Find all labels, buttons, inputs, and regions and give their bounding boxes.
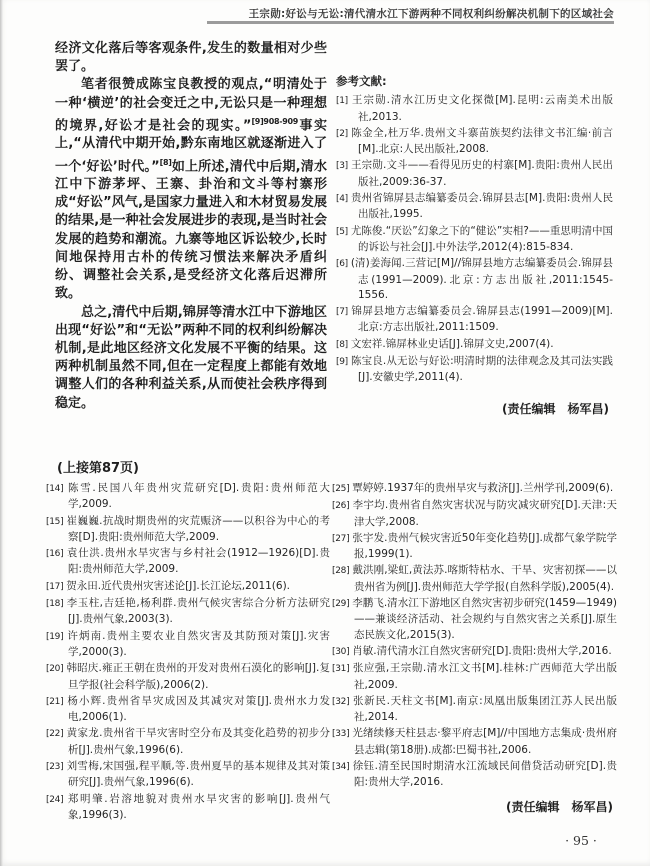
- reference-text: 文宏祥.锦屏林业史话[J].锦屏文史,2007(4).: [351, 338, 554, 350]
- continuation-left-column: [14]陈雪.民国八年贵州灾荒研究[D].贵阳:贵州师范大学,2009. [15…: [46, 481, 330, 824]
- reference-text: 张应强,王宗勋.清水江文书[M].桂林:广西师范大学出版社,2009.: [352, 662, 617, 690]
- paragraph-text: 经济文化落后等客观条件,发生的数量相对少些罢了。: [55, 41, 327, 74]
- reference-item: [15]崔巍巍.抗战时期贵州的灾荒赈济——以积谷为中心的考察[D].贵阳:贵州师…: [46, 514, 330, 546]
- reference-item: [25]覃婷婷.1937年的贵州旱灾与救济[J].兰州学刊,2009(6).: [332, 481, 617, 497]
- reference-item: [16]袁仕洪.贵州水旱灾害与乡村社会(1912—1926)[D].贵阳:贵州师…: [46, 546, 330, 578]
- reference-text: 崔巍巍.抗战时期贵州的灾荒赈济——以积谷为中心的考察[D].贵阳:贵州师范大学,…: [66, 515, 330, 543]
- reference-text: 肖敏.清代清水江自然灾害研究[D].贵阳:贵州大学,2016.: [352, 645, 611, 657]
- reference-number: [8]: [336, 340, 351, 350]
- reference-number: [27]: [332, 534, 352, 544]
- reference-text: 袁仕洪.贵州水旱灾害与乡村社会(1912—1926)[D].贵阳:贵州师范大学,…: [66, 547, 330, 575]
- reference-list-bottom-left: [14]陈雪.民国八年贵州灾荒研究[D].贵阳:贵州师范大学,2009. [15…: [46, 481, 330, 823]
- reference-item: [2]陈金全,杜万华.贵州文斗寨苗族契约法律文书汇编·前言[M].北京:人民出版…: [336, 126, 613, 158]
- reference-item: [4]贵州省锦屏县志编纂委员会.锦屏县志[M].贵阳:贵州人民出版社,1995.: [336, 191, 613, 223]
- reference-text: 尤陈俊.“厌讼”幻象之下的“健讼”实相?——重思明清中国的诉讼与社会[J].中外…: [351, 225, 613, 253]
- continuation-right-column: [25]覃婷婷.1937年的贵州旱灾与救济[J].兰州学刊,2009(6). […: [332, 481, 617, 815]
- reference-text: 李宇均.贵州省自然灾害状况与防灾减灾研究[D].天津:天津大学,2008.: [352, 499, 617, 527]
- reference-number: [30]: [332, 647, 352, 657]
- reference-number: [33]: [332, 729, 352, 739]
- reference-item: [33]光绪续修天柱县志·黎平府志[M]//中国地方志集成·贵州府县志辑(第18…: [332, 726, 617, 758]
- paragraph-text: 如上所述,清代中后期,清水江中下游茅坪、王寨、卦治和文斗等村寨形成“好讼”风气,…: [55, 159, 327, 301]
- reference-number: [24]: [46, 795, 66, 805]
- reference-number: [23]: [46, 762, 66, 772]
- reference-item: [20]韩昭庆.雍正王朝在贵州的开发对贵州石漠化的影响[J].复旦学报(社会科学…: [46, 661, 330, 693]
- reference-number: [22]: [46, 729, 66, 739]
- reference-number: [26]: [332, 501, 352, 511]
- reference-item: [22]黄家龙.贵州省干旱灾害时空分布及其变化趋势的初步分析[J].贵州气象,1…: [46, 726, 330, 758]
- citation-superscript: [9]908-909: [251, 117, 298, 126]
- reference-item: [5]尤陈俊.“厌讼”幻象之下的“健讼”实相?——重思明清中国的诉讼与社会[J]…: [336, 224, 613, 256]
- reference-item: [30]肖敏.清代清水江自然灾害研究[D].贵阳:贵州大学,2016.: [332, 644, 617, 660]
- reference-number: [18]: [46, 599, 66, 609]
- reference-item: [1]王宗勋.清水江历史文化探微[M].昆明:云南美术出版社,2013.: [336, 93, 613, 125]
- reference-number: [31]: [332, 664, 352, 674]
- reference-number: [1]: [336, 96, 351, 106]
- reference-text: 杨小辉.贵州省旱灾成因及其减灾对策[J].贵州水力发电,2006(1).: [66, 695, 330, 723]
- citation-superscript: [8]: [160, 158, 172, 167]
- reference-text: 刘雪梅,宋国强,程平顺,等.贵州夏旱的基本规律及其对策研究[J].贵州气象,19…: [66, 760, 330, 788]
- reference-number: [34]: [332, 762, 352, 772]
- article-body-column: 经济文化落后等客观条件,发生的数量相对少些罢了。 笔者很赞成陈宝良教授的观点,“…: [55, 40, 327, 413]
- reference-item: [34]徐钰.清至民国时期清水江流域民间借贷活动研究[D].贵阳:贵州大学,20…: [332, 759, 617, 791]
- reference-item: [26]李宇均.贵州省自然灾害状况与防灾减灾研究[D].天津:天津大学,2008…: [332, 498, 617, 530]
- reference-item: [24]郑明肇.岩溶地貌对贵州水旱灾害的影响[J].贵州气象,1996(3).: [46, 792, 330, 824]
- reference-number: [21]: [46, 697, 66, 707]
- reference-text: 许炳南.贵州主要农业自然灾害及其防预对策[J].灾害学,2000(3).: [66, 630, 330, 658]
- reference-text: 李鹏飞.清水江下游地区自然灾害初步研究(1459—1949)——兼谈经济活动、社…: [352, 597, 617, 641]
- reference-text: 覃婷婷.1937年的贵州旱灾与救济[J].兰州学刊,2009(6).: [352, 482, 613, 494]
- reference-number: [25]: [332, 484, 352, 494]
- reference-item: [29]李鹏飞.清水江下游地区自然灾害初步研究(1459—1949)——兼谈经济…: [332, 596, 617, 643]
- reference-number: [14]: [46, 484, 66, 494]
- reference-item: [18]李玉柱,吉廷艳,杨利群.贵州气候灾害综合分析方法研究[J].贵州气象,2…: [46, 596, 330, 628]
- reference-number: [29]: [332, 599, 352, 609]
- reference-text: (清)姜海闻.三营记[M]//锦屏县地方志编纂委员会.锦屏县志(1991—200…: [351, 257, 613, 301]
- paragraph-continuation: 经济文化落后等客观条件,发生的数量相对少些罢了。: [55, 40, 327, 76]
- reference-item: [8]文宏祥.锦屏林业史话[J].锦屏文史,2007(4).: [336, 337, 613, 353]
- reference-number: [28]: [332, 566, 352, 576]
- reference-text: 张宇发.贵州气候灾害近50年变化趋势[J].成都气象学院学报,1999(1).: [352, 532, 617, 560]
- reference-number: [7]: [336, 307, 351, 317]
- reference-number: [32]: [332, 697, 352, 707]
- reference-text: 锦屏县地方志编纂委员会.锦屏县志(1991—2009)[M].北京:方志出版社,…: [351, 305, 613, 333]
- scan-edge-artifact: [0, 0, 3, 866]
- header-divider-rule: [207, 21, 614, 24]
- editor-note: (责任编辑 杨军昌): [332, 800, 617, 815]
- reference-text: 黄家龙.贵州省干旱灾害时空分布及其变化趋势的初步分析[J].贵州气象,1996(…: [66, 727, 330, 755]
- reference-number: [19]: [46, 632, 66, 642]
- editor-note: (责任编辑 杨军昌): [336, 402, 613, 417]
- page-number: · 95 ·: [536, 833, 626, 848]
- reference-text: 郑明肇.岩溶地貌对贵州水旱灾害的影响[J].贵州气象,1996(3).: [66, 793, 330, 821]
- reference-item: [19]许炳南.贵州主要农业自然灾害及其防预对策[J].灾害学,2000(3).: [46, 629, 330, 661]
- reference-item: [28]戴洪刚,梁虹,黄法苏.喀斯特枯水、干旱、灾害初探——以贵州省为例[J].…: [332, 563, 617, 595]
- reference-text: 王宗勋.清水江历史文化探微[M].昆明:云南美术出版社,2013.: [351, 94, 613, 122]
- reference-number: [9]: [336, 357, 351, 367]
- reference-item: [7]锦屏县地方志编纂委员会.锦屏县志(1991—2009)[M].北京:方志出…: [336, 304, 613, 336]
- reference-item: [17]贺永田.近代贵州灾害述论[J].长江论坛,2011(6).: [46, 579, 330, 595]
- reference-text: 贺永田.近代贵州灾害述论[J].长江论坛,2011(6).: [66, 580, 290, 592]
- reference-item: [27]张宇发.贵州气候灾害近50年变化趋势[J].成都气象学院学报,1999(…: [332, 531, 617, 563]
- reference-text: 陈金全,杜万华.贵州文斗寨苗族契约法律文书汇编·前言[M].北京:人民出版社,2…: [351, 127, 613, 155]
- reference-number: [3]: [336, 161, 351, 171]
- reference-number: [5]: [336, 227, 351, 237]
- paragraph: 笔者很赞成陈宝良教授的观点,“明清处于一种‘横逆’的社会变迁之中,无讼只是一种理…: [55, 76, 327, 303]
- reference-item: [23]刘雪梅,宋国强,程平顺,等.贵州夏旱的基本规律及其对策研究[J].贵州气…: [46, 759, 330, 791]
- reference-text: 王宗勋.文斗——看得见历史的村寨[M].贵阳:贵州人民出版社,2009:36-3…: [351, 159, 613, 187]
- reference-text: 贵州省锦屏县志编纂委员会.锦屏县志[M].贵阳:贵州人民出版社,1995.: [351, 192, 613, 220]
- reference-number: [15]: [46, 517, 66, 527]
- reference-text: 陈雪.民国八年贵州灾荒研究[D].贵阳:贵州师范大学,2009.: [66, 482, 330, 510]
- reference-item: [3]王宗勋.文斗——看得见历史的村寨[M].贵阳:贵州人民出版社,2009:3…: [336, 158, 613, 190]
- references-heading: 参考文献:: [336, 74, 613, 89]
- reference-number: [20]: [46, 664, 66, 674]
- reference-item: [14]陈雪.民国八年贵州灾荒研究[D].贵阳:贵州师范大学,2009.: [46, 481, 330, 513]
- reference-list-bottom-right: [25]覃婷婷.1937年的贵州旱灾与救济[J].兰州学刊,2009(6). […: [332, 481, 617, 791]
- reference-text: 张新民.天柱文书[M].南京:凤凰出版集团江苏人民出版社,2014.: [352, 695, 617, 723]
- reference-item: [6](清)姜海闻.三营记[M]//锦屏县地方志编纂委员会.锦屏县志(1991—…: [336, 256, 613, 303]
- references-column: 参考文献: [1]王宗勋.清水江历史文化探微[M].昆明:云南美术出版社,201…: [336, 74, 613, 417]
- reference-item: [32]张新民.天柱文书[M].南京:凤凰出版集团江苏人民出版社,2014.: [332, 694, 617, 726]
- reference-number: [6]: [336, 259, 351, 269]
- reference-number: [16]: [46, 549, 66, 559]
- journal-page: 王宗勋:好讼与无讼:清代清水江下游两种不同权利纠纷解决机制下的区域社会 经济文化…: [0, 0, 650, 866]
- paragraph-conclusion: 总之,清代中后期,锦屏等清水江中下游地区出现“好讼”和“无讼”两种不同的权利纠纷…: [55, 304, 327, 413]
- reference-number: [4]: [336, 194, 351, 204]
- reference-number: [17]: [46, 582, 66, 592]
- reference-item: [31]张应强,王宗勋.清水江文书[M].桂林:广西师范大学出版社,2009.: [332, 661, 617, 693]
- running-header-title: 王宗勋:好讼与无讼:清代清水江下游两种不同权利纠纷解决机制下的区域社会: [249, 6, 614, 21]
- reference-list-top: [1]王宗勋.清水江历史文化探微[M].昆明:云南美术出版社,2013. [2]…: [336, 93, 613, 385]
- reference-item: [9]陈宝良.从无讼与好讼:明清时期的法律观念及其司法实践[J].安徽史学,20…: [336, 354, 613, 386]
- reference-text: 徐钰.清至民国时期清水江流域民间借贷活动研究[D].贵阳:贵州大学,2016.: [352, 760, 617, 788]
- reference-text: 李玉柱,吉廷艳,杨利群.贵州气候灾害综合分析方法研究[J].贵州气象,2003(…: [66, 597, 330, 625]
- reference-text: 光绪续修天柱县志·黎平府志[M]//中国地方志集成·贵州府县志辑(第18册).成…: [352, 727, 617, 755]
- reference-item: [21]杨小辉.贵州省旱灾成因及其减灾对策[J].贵州水力发电,2006(1).: [46, 694, 330, 726]
- reference-text: 陈宝良.从无讼与好讼:明清时期的法律观念及其司法实践[J].安徽史学,2011(…: [351, 355, 613, 383]
- continuation-label: (上接第87页): [57, 457, 139, 476]
- reference-number: [2]: [336, 129, 351, 139]
- reference-text: 戴洪刚,梁虹,黄法苏.喀斯特枯水、干旱、灾害初探——以贵州省为例[J].贵州师范…: [352, 564, 617, 592]
- reference-text: 韩昭庆.雍正王朝在贵州的开发对贵州石漠化的影响[J].复旦学报(社会科学版),2…: [66, 662, 330, 690]
